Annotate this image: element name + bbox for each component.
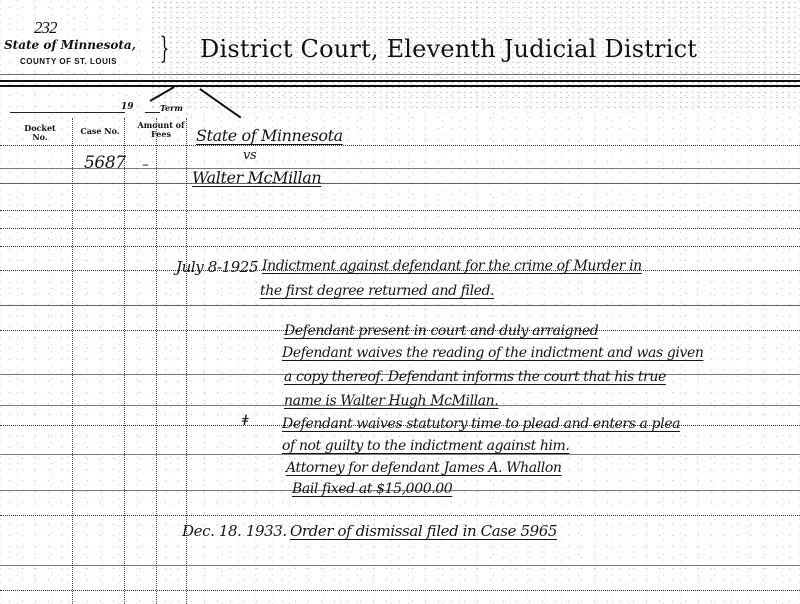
ruled-line (0, 183, 800, 184)
ruled-line (0, 305, 800, 306)
entry-line: Defendant present in court and duly arra… (284, 323, 598, 339)
term-label: Term (160, 104, 183, 113)
versus-label: vs (243, 148, 256, 163)
entry-line: name is Walter Hugh McMillan. (284, 393, 498, 409)
entry-line: Indictment against defendant for the cri… (262, 258, 642, 274)
scan-noise (0, 0, 800, 604)
column-divider-2 (124, 118, 125, 604)
ruled-line (0, 246, 800, 247)
fee-dash: – (142, 157, 149, 173)
ruled-line (0, 590, 800, 591)
court-docket-page: 232 State of Minnesota, COUNTY OF ST. LO… (0, 0, 800, 604)
amount-of-fees-header: Amount of Fees (136, 121, 186, 139)
court-title: District Court, Eleventh Judicial Distri… (200, 35, 697, 63)
entry-line: Defendant waives statutory time to plead… (282, 416, 680, 432)
margin-mark: ǂ (242, 413, 248, 429)
docket-no-header: Docket No. (22, 124, 58, 142)
entry-line: Bail fixed at $15,000.00 (292, 481, 452, 497)
ruled-line (0, 210, 800, 211)
record-number: 232 (34, 18, 57, 38)
entry-date: Dec. 18. 1933. (182, 522, 287, 540)
entry-date: July 8-1925 (176, 258, 258, 276)
entry-line: Defendant waives the reading of the indi… (282, 345, 704, 361)
pen-stroke (150, 86, 175, 102)
ruled-line (0, 145, 800, 146)
entry-line: of not guilty to the indictment against … (282, 438, 569, 454)
case-number: 5687 (84, 153, 126, 173)
entry-line: Attorney for defendant James A. Whallon (286, 460, 562, 476)
ruled-line (0, 565, 800, 566)
defendant-name: Walter McMillan (192, 168, 321, 187)
year-prefix: 19 (121, 103, 134, 112)
ruled-line (0, 228, 800, 229)
header-rule-2 (0, 85, 800, 87)
entry-line: Order of dismissal filed in Case 5965 (290, 522, 557, 540)
header-rule-thin (0, 74, 800, 75)
column-divider-3 (156, 118, 157, 604)
term-line (145, 112, 160, 113)
column-divider-1 (72, 118, 73, 604)
entry-line: the first degree returned and filed. (260, 283, 494, 299)
ruled-line (0, 454, 800, 455)
plaintiff-name: State of Minnesota (196, 126, 343, 145)
year-line (10, 112, 125, 113)
header-brace: } (160, 34, 170, 64)
pen-stroke (200, 88, 242, 118)
ruled-line (0, 515, 800, 516)
header-rule-1 (0, 80, 800, 82)
county-name: COUNTY OF ST. LOUIS (20, 57, 117, 66)
case-no-header: Case No. (80, 127, 120, 136)
entry-line: a copy thereof. Defendant informs the co… (284, 369, 666, 385)
state-name: State of Minnesota, (4, 38, 136, 52)
